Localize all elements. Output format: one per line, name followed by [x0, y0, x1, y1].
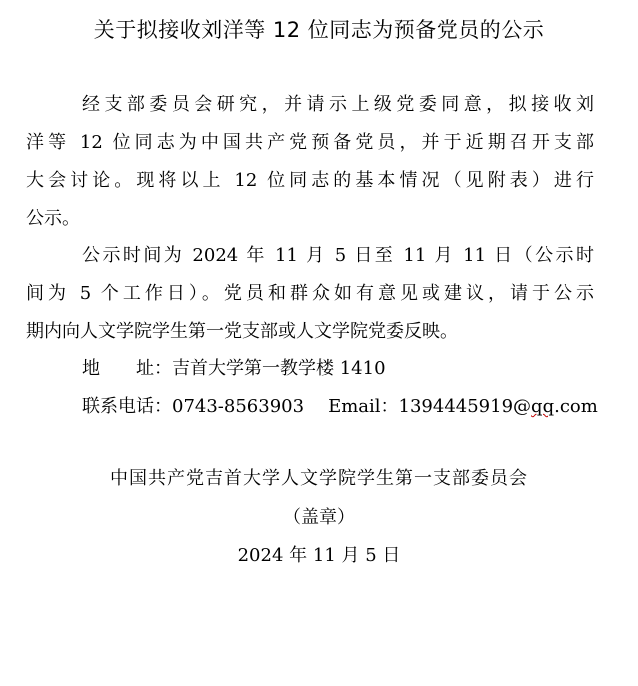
paragraph-line: 经支部委员会研究，并请示上级党委同意，拟接收刘	[82, 93, 594, 117]
paragraph-line: 间为 5 个工作日）。党员和群众如有意见或建议，请于公示	[26, 282, 594, 306]
paragraph-line: 期内向人文学院学生第一党支部或人文学院党委反映。	[26, 320, 458, 344]
paragraph-line: 公示。	[26, 207, 80, 231]
phone-number: 0743-8563903	[172, 396, 304, 417]
email-user: 1394445919@	[399, 396, 532, 417]
phone-label: 联系电话：	[82, 396, 172, 417]
email-label: Email：	[328, 396, 398, 417]
paragraph-line: 大会讨论。现将以上 12 位同志的基本情况（见附表）进行	[26, 169, 594, 193]
signature-organization: 中国共产党吉首大学人文学院学生第一支部委员会	[0, 467, 638, 491]
signature-date: 2024 年 11 月 5 日	[0, 544, 638, 568]
signature-seal: （盖章）	[0, 506, 638, 530]
address-line: 地 址：吉首大学第一教学楼 1410	[82, 357, 386, 381]
document-title: 关于拟接收刘洋等 12 位同志为预备党员的公示	[0, 14, 638, 44]
contact-line: 联系电话：0743-8563903Email：1394445919@qq.com	[82, 395, 598, 419]
paragraph-line: 洋等 12 位同志为中国共产党预备党员，并于近期召开支部	[26, 131, 594, 155]
address-value: 吉首大学第一教学楼 1410	[172, 358, 386, 379]
address-label: 地 址：	[82, 358, 172, 379]
email-tail: .com	[554, 396, 598, 417]
paragraph-line: 公示时间为 2024 年 11 月 5 日至 11 月 11 日（公示时	[82, 244, 594, 268]
email-domain-spellcheck: qq	[531, 396, 554, 417]
